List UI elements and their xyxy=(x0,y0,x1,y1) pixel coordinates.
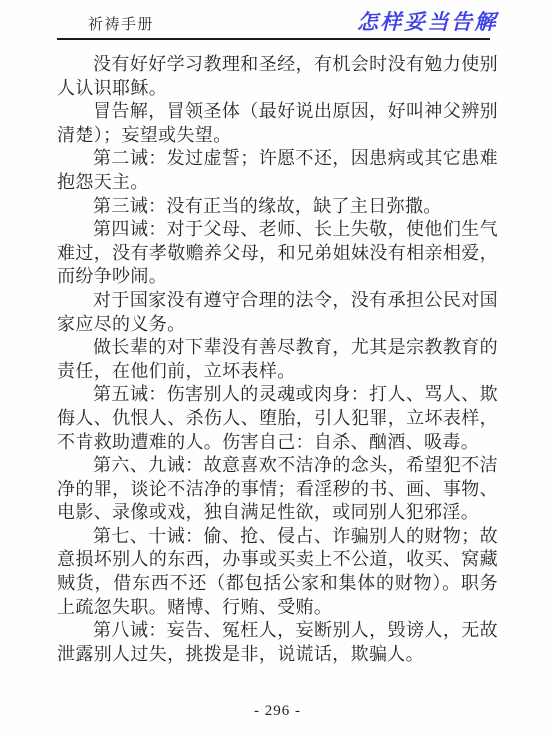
paragraph: 第二诫：发过虚誓；许愿不还，因患病或其它患难抱怨天主。 xyxy=(57,147,498,194)
paragraph: 第八诫：妄告、冤枉人，妄断别人，毁谤人，无故泄露别人过失，挑拨是非，说谎话，欺骗… xyxy=(57,619,498,666)
document-page: 祈祷手册 怎样妥当告解 没有好好学习教理和圣经，有机会时没有勉力使别人认识耶稣。… xyxy=(0,0,555,735)
page-body: 没有好好学习教理和圣经，有机会时没有勉力使别人认识耶稣。 冒告解，冒领圣体（最好… xyxy=(57,53,498,666)
paragraph: 没有好好学习教理和圣经，有机会时没有勉力使别人认识耶稣。 xyxy=(57,53,498,100)
paragraph: 第四诫：对于父母、老师、长上失敬，使他们生气难过，没有孝敬赡养父母，和兄弟姐妹没… xyxy=(57,218,498,289)
chapter-title: 怎样妥当告解 xyxy=(357,10,498,35)
paragraph: 第三诫：没有正当的缘故，缺了主日弥撒。 xyxy=(57,195,498,219)
paragraph: 冒告解，冒领圣体（最好说出原因，好叫神父辨别清楚）；妄望或失望。 xyxy=(57,100,498,147)
book-title: 祈祷手册 xyxy=(57,15,154,35)
paragraph: 第六、九诫：故意喜欢不洁净的念头，希望犯不洁净的罪，谈论不洁净的事情；看淫秽的书… xyxy=(57,454,498,525)
paragraph: 对于国家没有遵守合理的法令，没有承担公民对国家应尽的义务。 xyxy=(57,289,498,336)
header-divider xyxy=(57,38,490,40)
page-header: 祈祷手册 怎样妥当告解 xyxy=(57,10,498,40)
paragraph: 第五诫：伤害别人的灵魂或肉身：打人、骂人、欺侮人、仇恨人、杀伤人、堕胎，引人犯罪… xyxy=(57,383,498,454)
page-number: - 296 - xyxy=(0,703,555,720)
paragraph: 第七、十诫：偷、抢、侵占、诈骗别人的财物；故意损坏别人的东西，办事或买卖上不公道… xyxy=(57,525,498,619)
paragraph: 做长辈的对下辈没有善尽教育，尤其是宗教教育的责任，在他们前，立坏表样。 xyxy=(57,336,498,383)
page-header-row: 祈祷手册 怎样妥当告解 xyxy=(57,10,498,38)
